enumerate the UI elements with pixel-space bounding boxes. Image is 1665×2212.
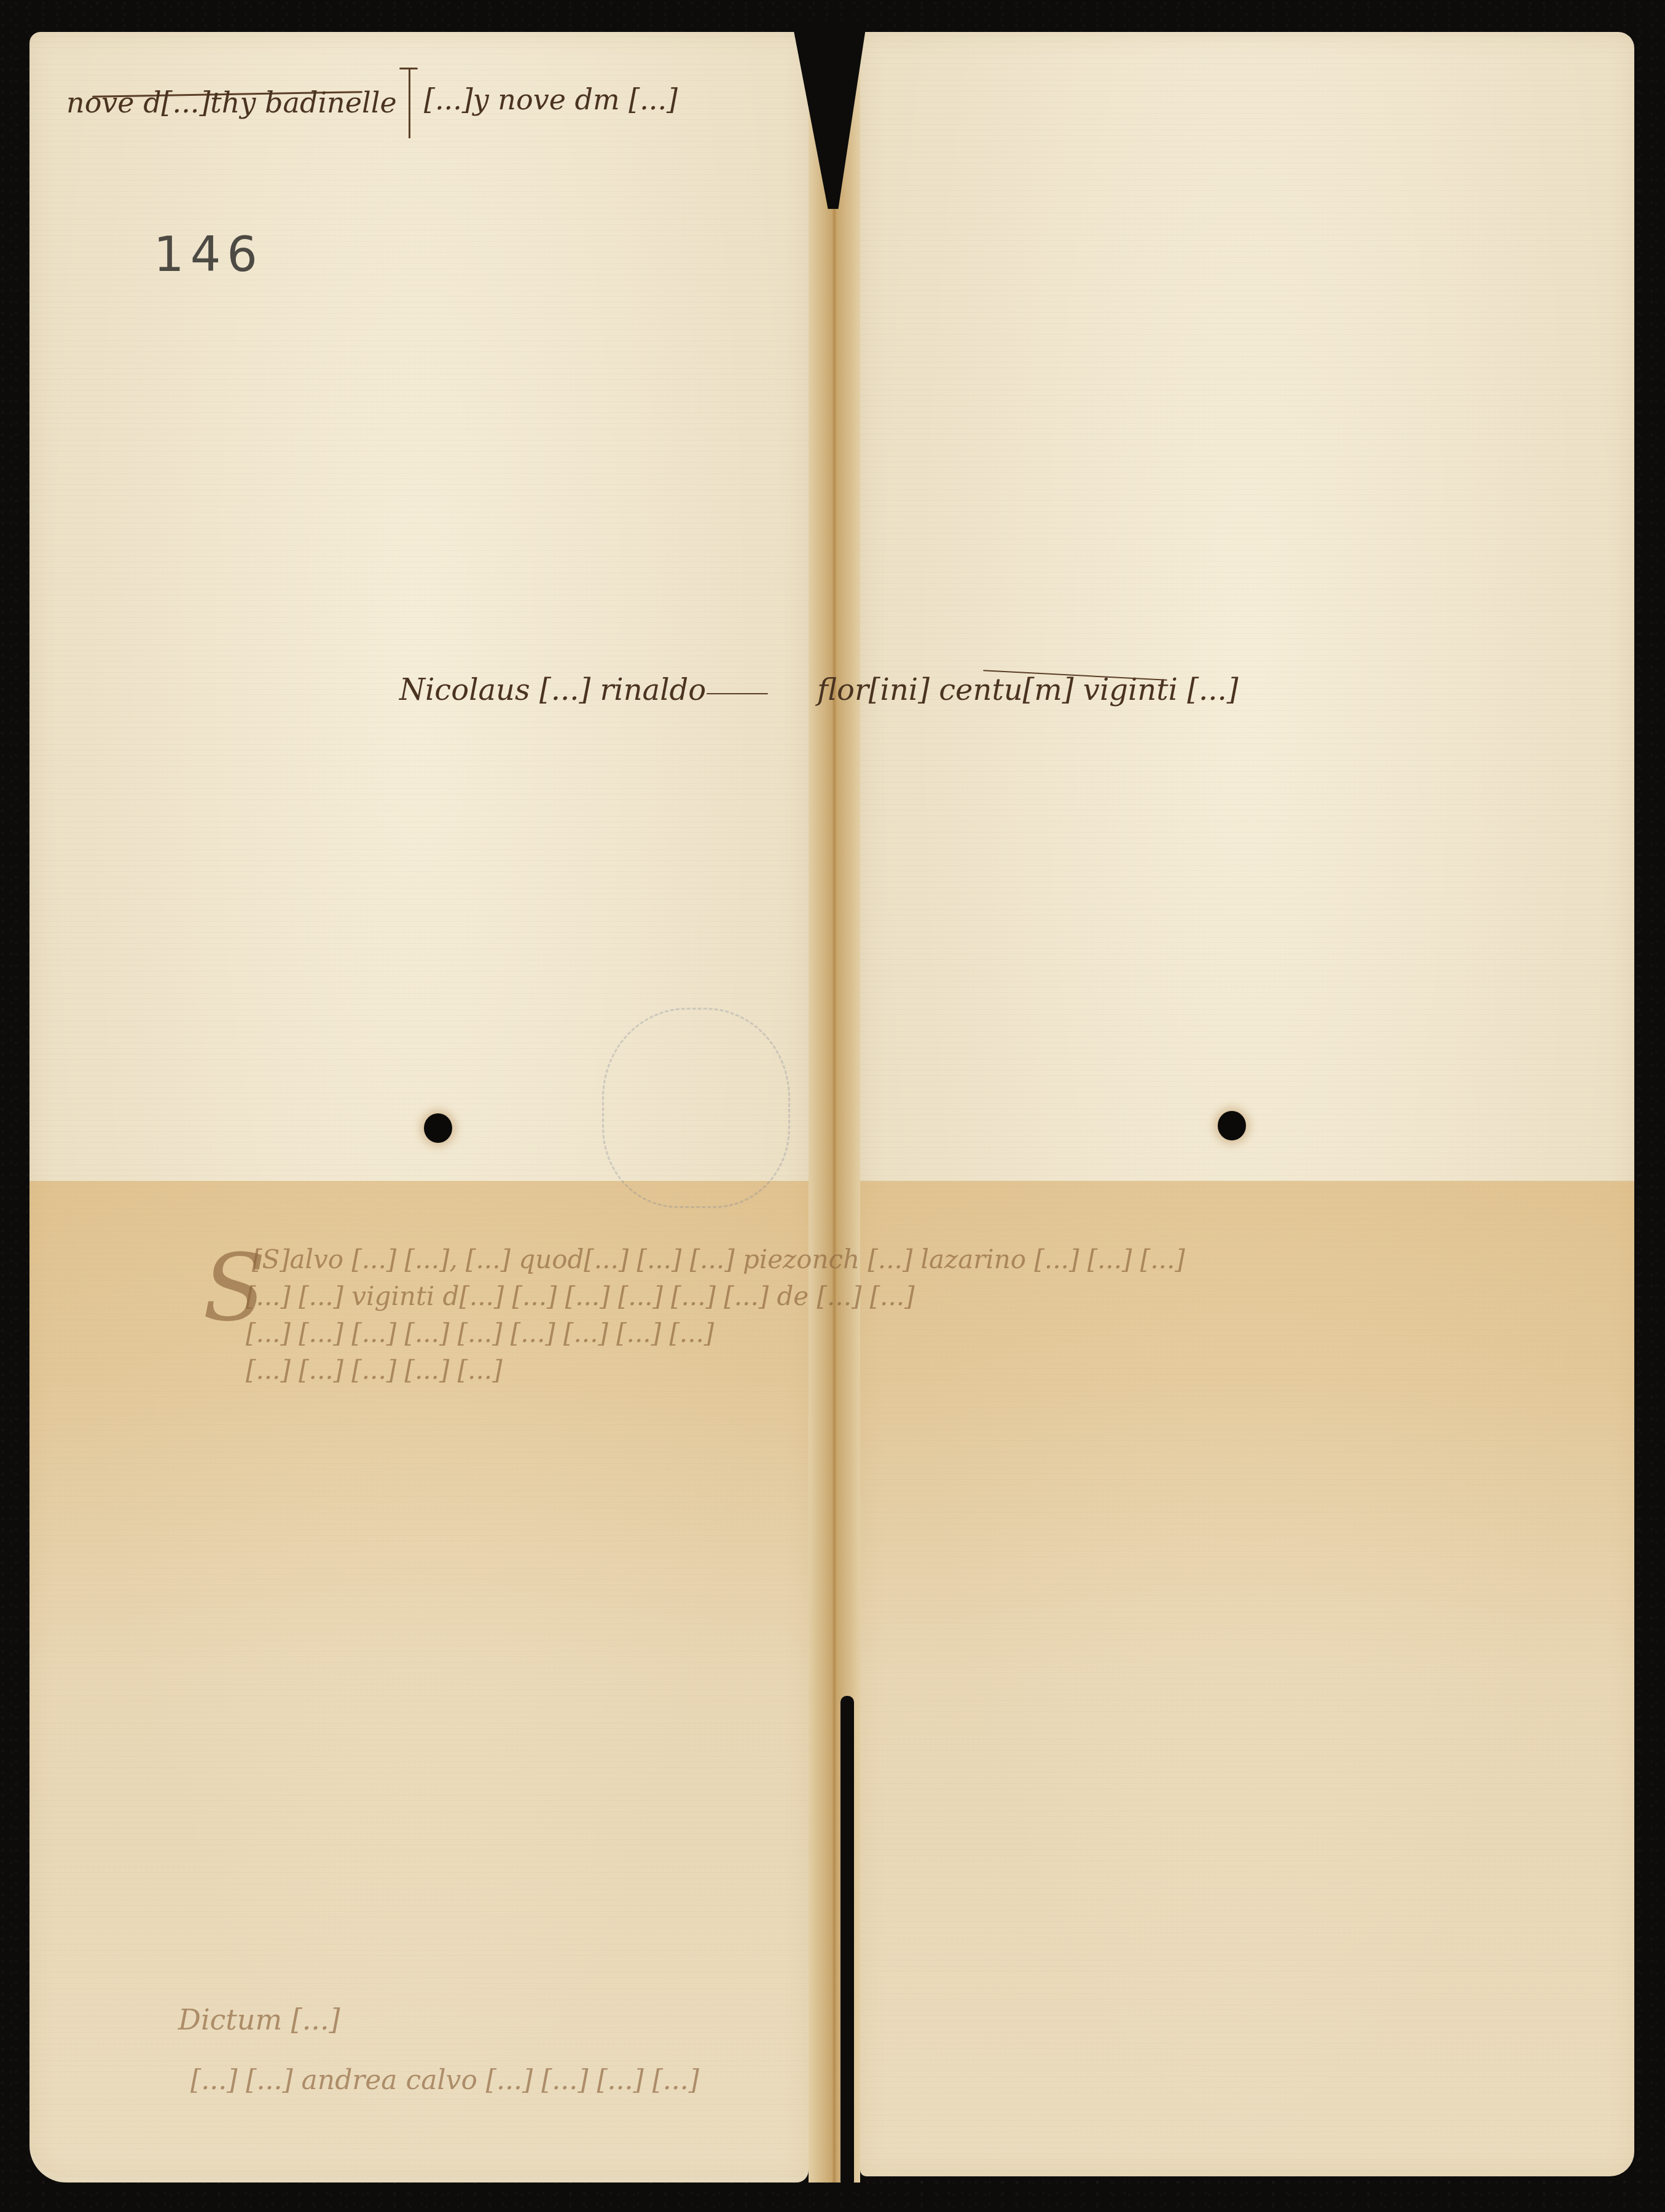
bracket-mark (409, 68, 410, 138)
water-stain (860, 1181, 1634, 2176)
center-entry-left: Nicolaus [...] rinaldo (399, 673, 706, 707)
center-dash (707, 693, 768, 694)
paragraph-line: [...] [...] viginti d[...] [...] [...] [… (246, 1281, 915, 1311)
paragraph-line: [...] [...] [...] [...] [...] (246, 1355, 503, 1385)
right-leaf (860, 32, 1634, 2176)
paragraph-line: [S]alvo [...] [...], [...] quod[...] [..… (252, 1244, 1185, 1274)
header-right-entry: [...]y nove dm [...] (424, 83, 678, 116)
header-left-entry: nove d[...]thy badinelle (66, 86, 397, 119)
punched-hole-icon (424, 1113, 452, 1143)
bracket-top (399, 68, 418, 69)
folio-number: 146 (154, 227, 264, 283)
fold-tear-bottom (840, 1696, 854, 2187)
watermark (602, 1008, 790, 1208)
punched-hole-icon (1218, 1111, 1246, 1140)
paragraph-line: [...] [...] [...] [...] [...] [...] [...… (246, 1318, 714, 1348)
footer-line-2: [...] [...] andrea calvo [...] [...] [..… (190, 2065, 699, 2096)
footer-line-1: Dictum [...] (178, 2003, 340, 2036)
center-entry-right: flor[ini] centu[m] viginti [...] (817, 673, 1238, 707)
